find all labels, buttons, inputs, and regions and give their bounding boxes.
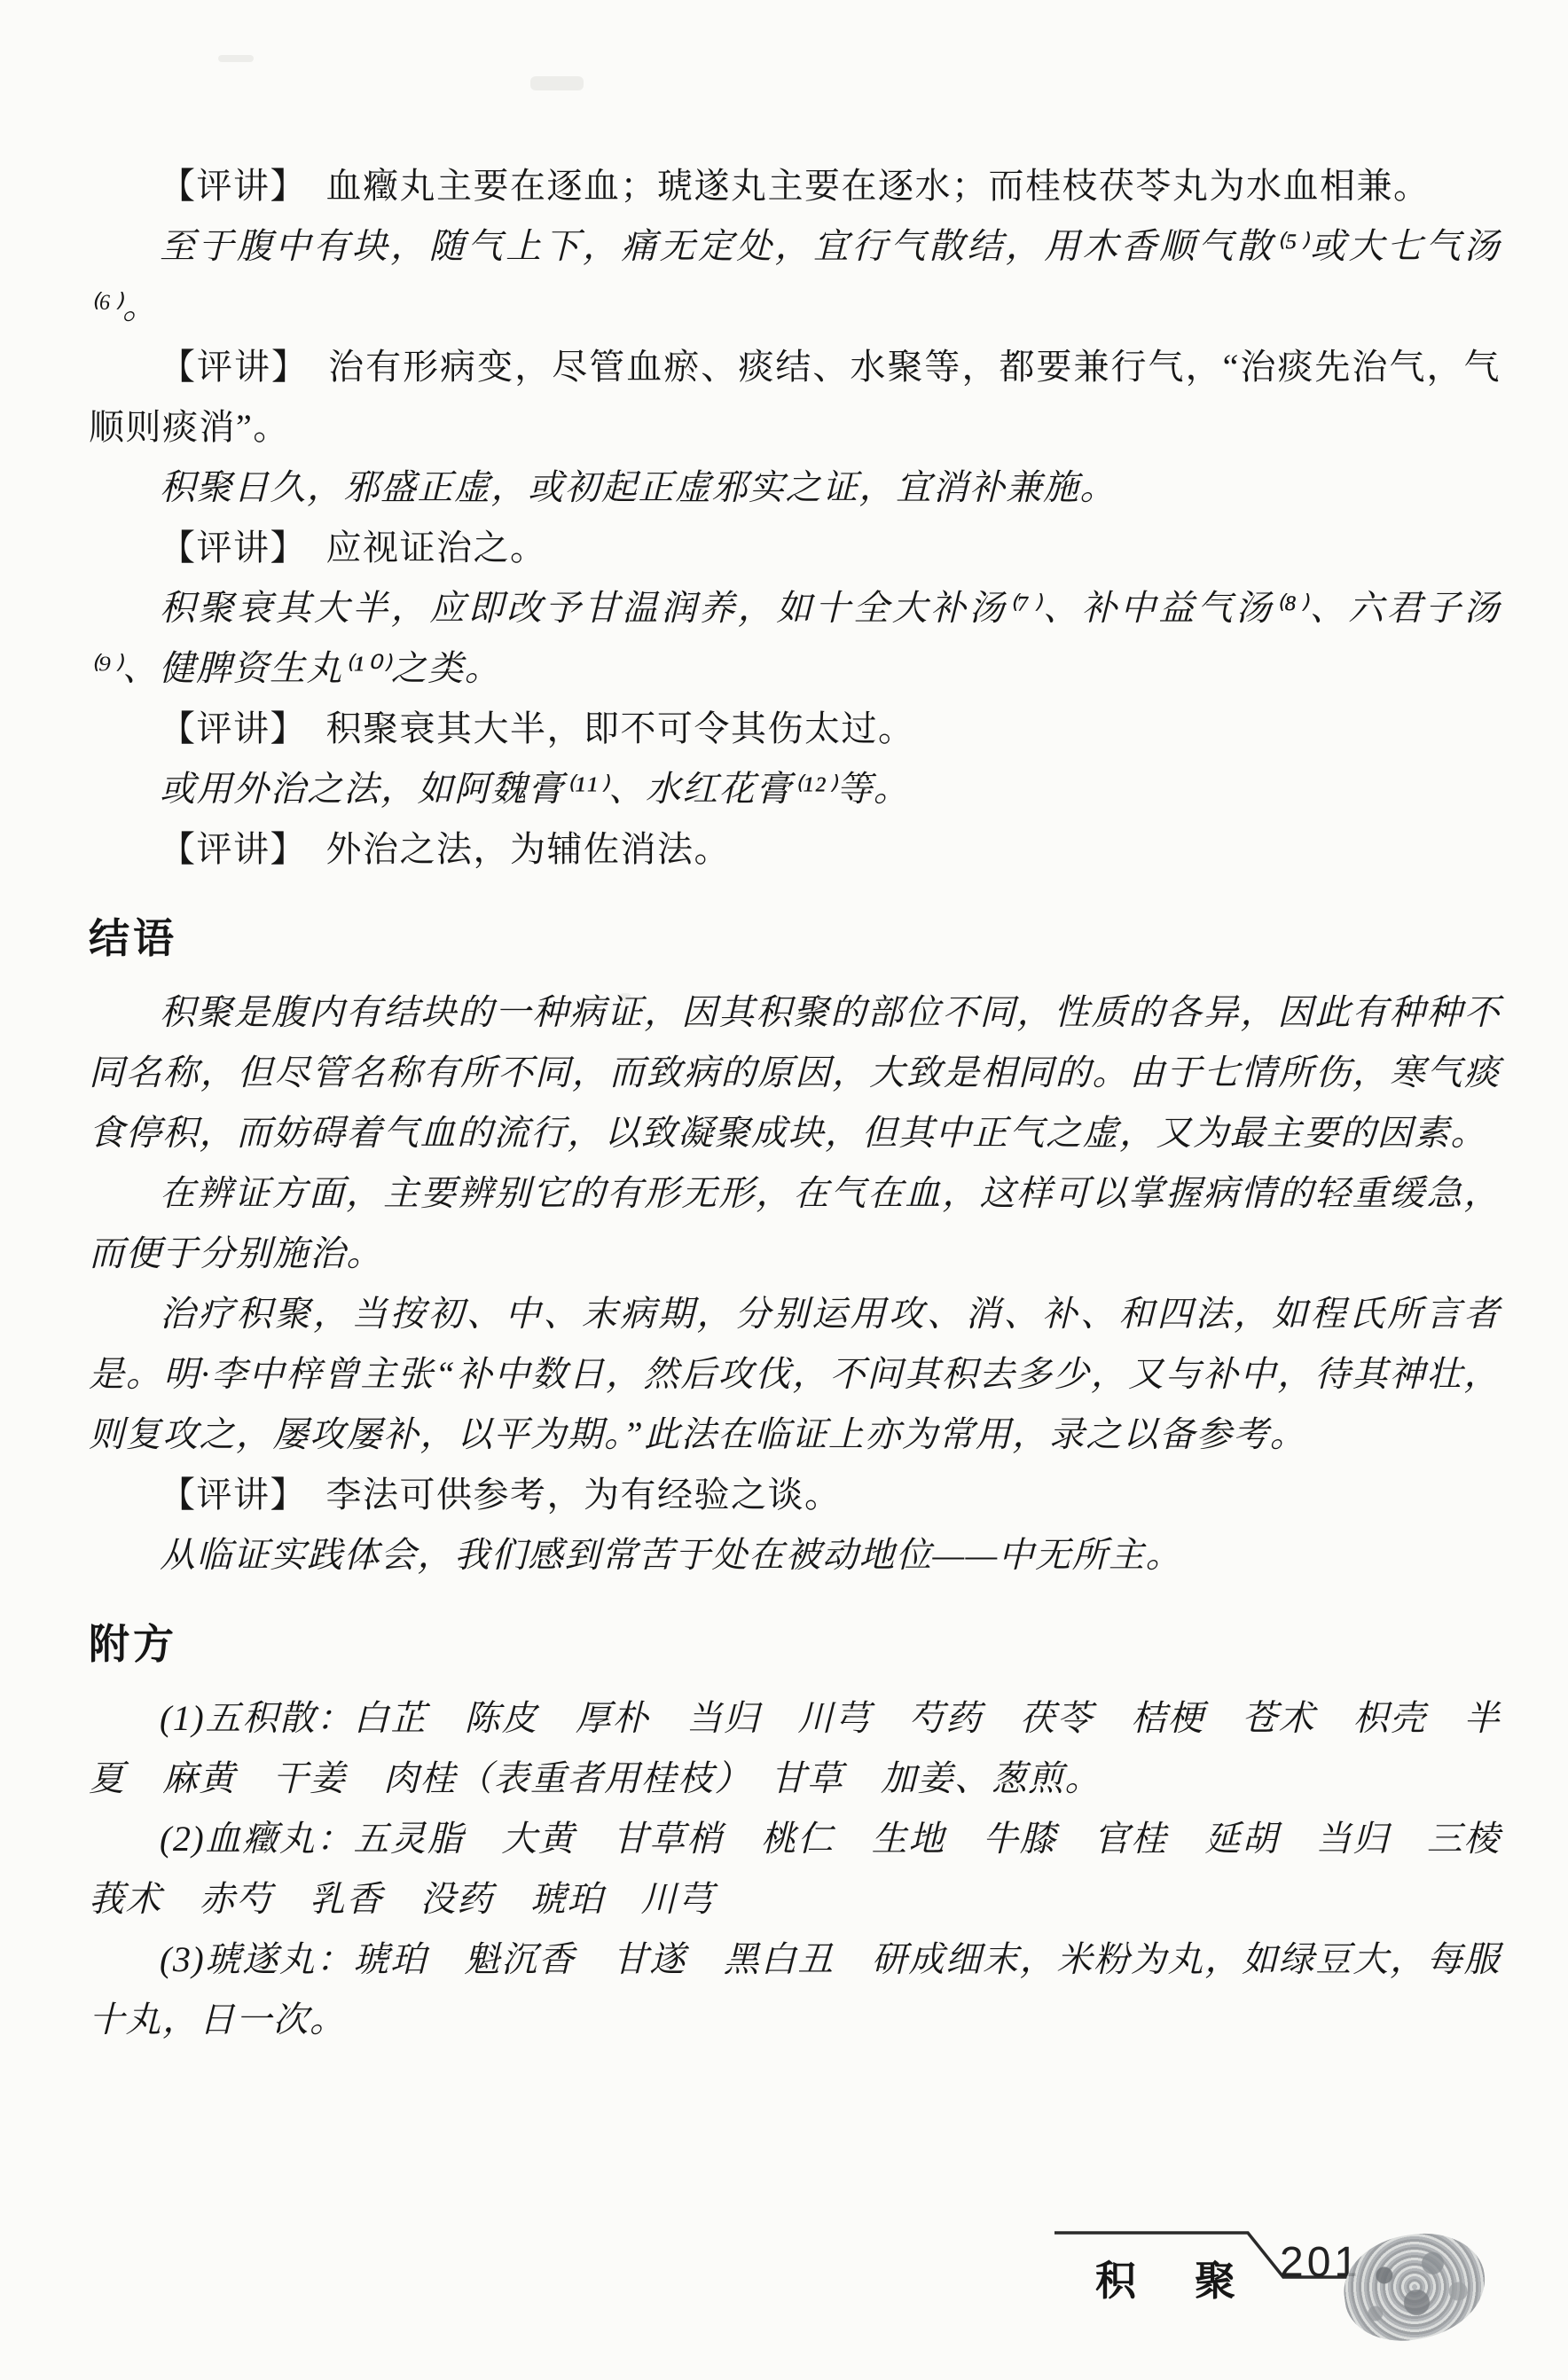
- conclusion-paragraph: 治疗积聚，当按初、中、末病期，分别运用攻、消、补、和四法，如程氏所言者是。明·李…: [89, 1284, 1501, 1465]
- conclusion-paragraph: 积聚是腹内有结块的一种病证，因其积聚的部位不同，性质的各异，因此有种种不同名称，…: [89, 983, 1501, 1163]
- scan-smudge: [218, 55, 254, 62]
- commentary-paragraph: 【评讲】 血癥丸主要在逐血；琥遂丸主要在逐水；而桂枝茯苓丸为水血相兼。: [89, 156, 1501, 216]
- prescription-item: (2)血癥丸：五灵脂 大黄 甘草梢 桃仁 生地 牛膝 官桂 延胡 当归 三棱 莪…: [89, 1809, 1501, 1930]
- commentary-paragraph: 【评讲】 应视证治之。: [89, 518, 1501, 578]
- commentary-paragraph: 【评讲】 外治之法，为辅佐消法。: [89, 819, 1501, 880]
- body-paragraph: 积聚日久，邪盛正虚，或初起正虚邪实之证，宜消补兼施。: [89, 458, 1501, 518]
- commentary-paragraph: 【评讲】 积聚衰其大半，即不可令其伤太过。: [89, 699, 1501, 759]
- body-paragraph: 至于腹中有块，随气上下，痛无定处，宜行气散结，用木香顺气散⁽⁵⁾或大七气汤⁽⁶⁾…: [89, 216, 1501, 337]
- section-heading-conclusion: 结语: [89, 906, 1501, 965]
- prescription-item: (1)五积散：白芷 陈皮 厚朴 当归 川芎 芍药 茯苓 桔梗 苍术 枳壳 半夏 …: [89, 1688, 1501, 1809]
- body-paragraph: 或用外治之法，如阿魏膏⁽¹¹⁾、水红花膏⁽¹²⁾等。: [89, 759, 1501, 819]
- conclusion-paragraph: 在辨证方面，主要辨别它的有形无形，在气在血，这样可以掌握病情的轻重缓急，而便于分…: [89, 1163, 1501, 1284]
- section-heading-prescriptions: 附方: [89, 1612, 1501, 1671]
- page-footer: 积 聚 201: [1051, 2224, 1568, 2357]
- conclusion-paragraph: 从临证实践体会，我们感到常苦于处在被动地位——中无所主。: [89, 1525, 1501, 1585]
- prescription-item: (3)琥遂丸：琥珀 魁沉香 甘遂 黑白丑 研成细末，米粉为丸，如绿豆大，每服十丸…: [89, 1930, 1501, 2050]
- scan-smudge: [530, 76, 584, 90]
- body-paragraph: 积聚衰其大半，应即改予甘温润养，如十全大补汤⁽⁷⁾、补中益气汤⁽⁸⁾、六君子汤⁽…: [89, 578, 1501, 699]
- chapter-footer-title: 积 聚: [1095, 2249, 1244, 2307]
- commentary-paragraph: 【评讲】 李法可供参考，为有经验之谈。: [89, 1465, 1501, 1525]
- commentary-paragraph: 【评讲】 治有形病变，尽管血瘀、痰结、水聚等，都要兼行气，“治痰先治气，气顺则痰…: [89, 337, 1501, 458]
- page-body: 【评讲】 血癥丸主要在逐血；琥遂丸主要在逐水；而桂枝茯苓丸为水血相兼。 至于腹中…: [89, 156, 1501, 2050]
